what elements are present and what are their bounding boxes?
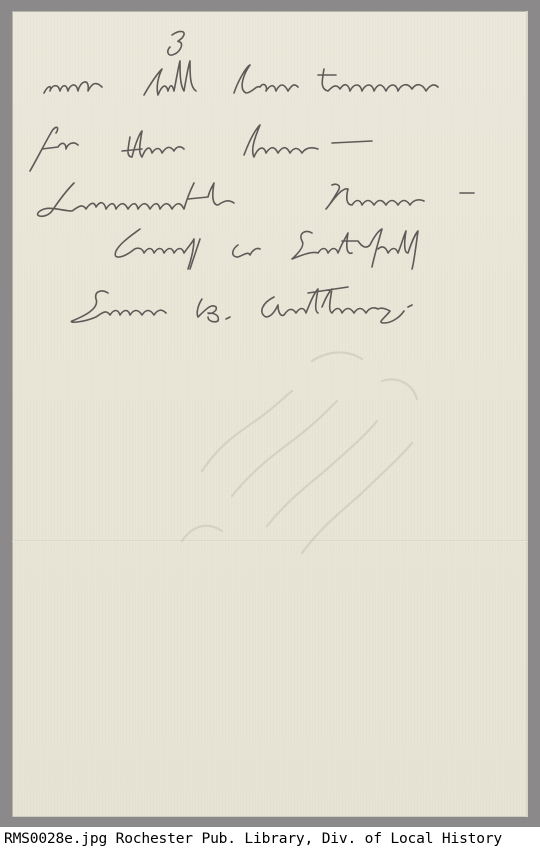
signature: Susan B. Anthony xyxy=(72,291,252,315)
image-caption: RMS0028e.jpg Rochester Pub. Library, Div… xyxy=(0,827,540,850)
scan-viewer: 3 and will leave tomorrow for their home… xyxy=(0,0,540,827)
letter-line-2: for their home — xyxy=(42,126,215,150)
handwriting-text: 3 and will leave tomorrow for their home… xyxy=(12,11,528,817)
letter-page: 3 and will leave tomorrow for their home… xyxy=(12,11,528,817)
letter-line-3: Leavenworth Kansas — xyxy=(42,181,280,205)
page-number: 3 xyxy=(162,25,175,49)
closing-line: Lovingly & Gratefully xyxy=(102,226,321,250)
letter-line-1: and will leave tomorrow xyxy=(42,66,288,90)
